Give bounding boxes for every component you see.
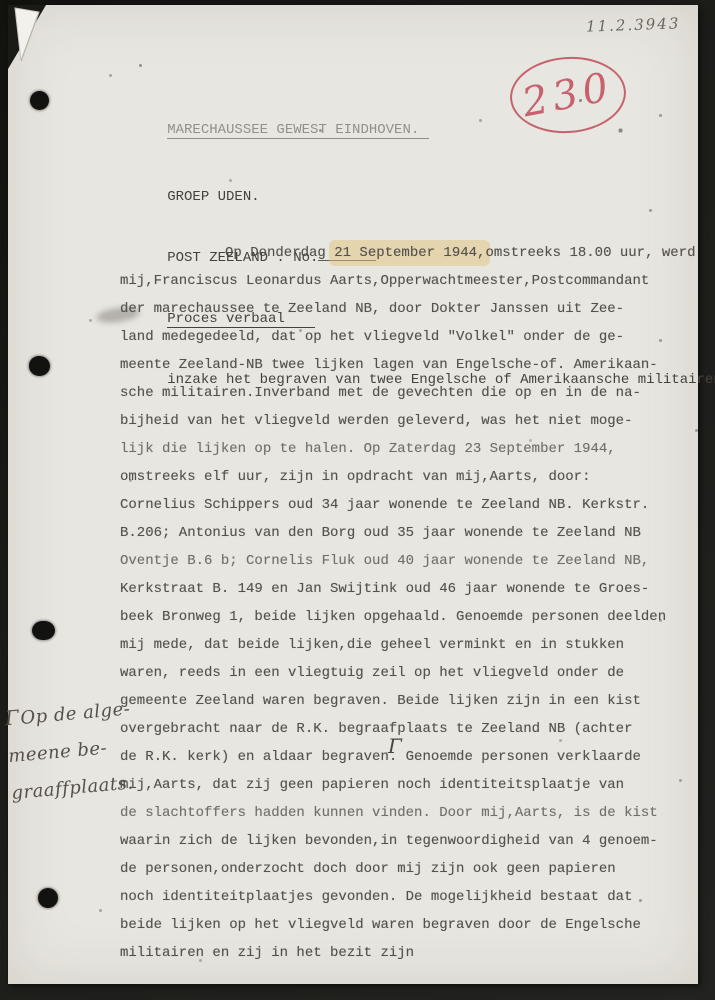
scan-background: 11.2.3943 230 MARECHAUSSEE GEWEST EINDHO… xyxy=(0,0,715,1000)
typed-line: mij,Aarts, dat zij geen papieren noch id… xyxy=(120,771,680,799)
typed-line: meente Zeeland-NB twee lijken lagen van … xyxy=(120,351,680,379)
typed-line: de personen,onderzocht doch door mij zij… xyxy=(120,855,680,883)
typed-line: militairen en zij in het bezit zijn xyxy=(120,939,680,967)
typed-line: mij mede, dat beide lijken,die geheel ve… xyxy=(120,631,680,659)
punch-hole xyxy=(30,91,49,110)
punch-hole xyxy=(29,356,50,376)
typed-line: gemeente Zeeland waren begraven. Beide l… xyxy=(120,687,680,715)
handwritten-margin-note: ΓOp de alge- meene be- graaffplaats. xyxy=(3,686,177,812)
margin-note-text: Op de alge- xyxy=(20,698,132,729)
scanned-document-page: { "document": { "annotations": { "pencil… xyxy=(0,0,715,1000)
header-unit-line: MARECHAUSSEE GEWEST EINDHOVEN. xyxy=(100,87,715,116)
typed-line: Kerkstraat B. 149 en Jan Swijtink oud 46… xyxy=(120,575,680,603)
pencil-date-annotation: 11.2.3943 xyxy=(586,14,681,35)
header-group-text: GROEP UDEN. xyxy=(167,189,259,205)
typed-line: de slachtoffers hadden kunnen vinden. Do… xyxy=(120,799,680,827)
typed-line: mij,Franciscus Leonardus Aarts,Opperwach… xyxy=(120,267,680,295)
typed-line: waren, reeds in een vliegtuig zeil op he… xyxy=(120,659,680,687)
header-group-line: GROEP UDEN. xyxy=(100,154,715,183)
margin-insertion-mark: Γ xyxy=(4,705,20,730)
corner-fold xyxy=(8,5,78,85)
typed-line: beide lijken op het vliegveld waren begr… xyxy=(120,911,680,939)
punch-hole xyxy=(38,888,58,908)
insertion-caret-mark: Γ xyxy=(388,734,402,758)
typed-line: bijheid van het vliegveld werden gelever… xyxy=(120,407,680,435)
typed-line: land medegedeeld, dat op het vliegveld "… xyxy=(120,323,680,351)
typed-line: Cornelius Schippers oud 34 jaar wonende … xyxy=(120,491,680,519)
typed-line: waarin zich de lijken bevonden,in tegenw… xyxy=(120,827,680,855)
typed-line: Op Donderdag 21 September 1944,omstreeks… xyxy=(120,239,680,267)
highlight-mark: 21 September 1944, xyxy=(334,245,485,261)
typed-line: omstreeks elf uur, zijn in opdracht van … xyxy=(120,463,680,491)
header-unit-text: MARECHAUSSEE GEWEST EINDHOVEN. xyxy=(167,122,429,139)
typed-line: Oventje B.6 b; Cornelis Fluk oud 40 jaar… xyxy=(120,547,680,575)
document-body: Op Donderdag 21 September 1944,omstreeks… xyxy=(120,239,680,967)
typed-line: lijk die lijken op te halen. Op Zaterdag… xyxy=(120,435,680,463)
typed-line: beek Bronweg 1, beide lijken opgehaald. … xyxy=(120,603,680,631)
paper-sheet: 11.2.3943 230 MARECHAUSSEE GEWEST EINDHO… xyxy=(8,5,698,984)
typed-line: sche militairen.Inverband met de gevecht… xyxy=(120,379,680,407)
punch-hole xyxy=(32,621,55,640)
typed-line: B.206; Antonius van den Borg oud 35 jaar… xyxy=(120,519,680,547)
typed-line: noch identiteitplaatjes gevonden. De mog… xyxy=(120,883,680,911)
typed-line: der marechaussee te Zeeland NB, door Dok… xyxy=(120,295,680,323)
